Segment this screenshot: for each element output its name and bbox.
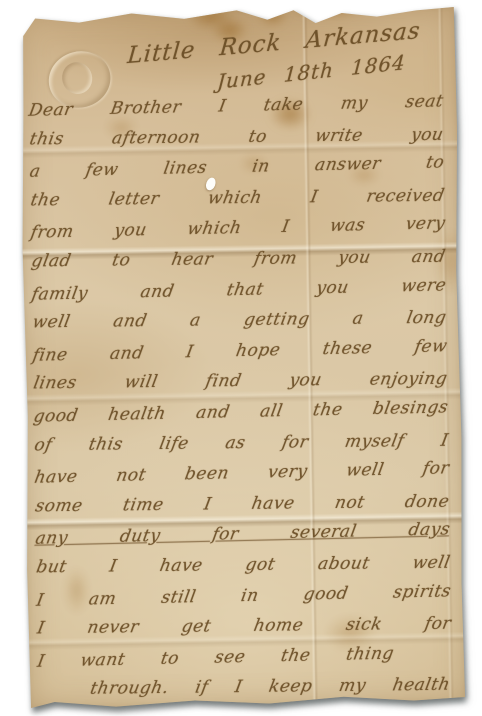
letter-line: through. if I keep my health bbox=[36, 670, 455, 705]
letter-body: Dear Brother I take my seat this afterno… bbox=[29, 88, 453, 706]
paper-shadow-wrap: Little Rock Arkansas June 18th 1864 Dear… bbox=[0, 0, 482, 716]
letter-scan: Little Rock Arkansas June 18th 1864 Dear… bbox=[0, 0, 482, 716]
letter-paper: Little Rock Arkansas June 18th 1864 Dear… bbox=[18, 6, 467, 710]
handwritten-text: Little Rock Arkansas June 18th 1864 Dear… bbox=[18, 6, 467, 710]
